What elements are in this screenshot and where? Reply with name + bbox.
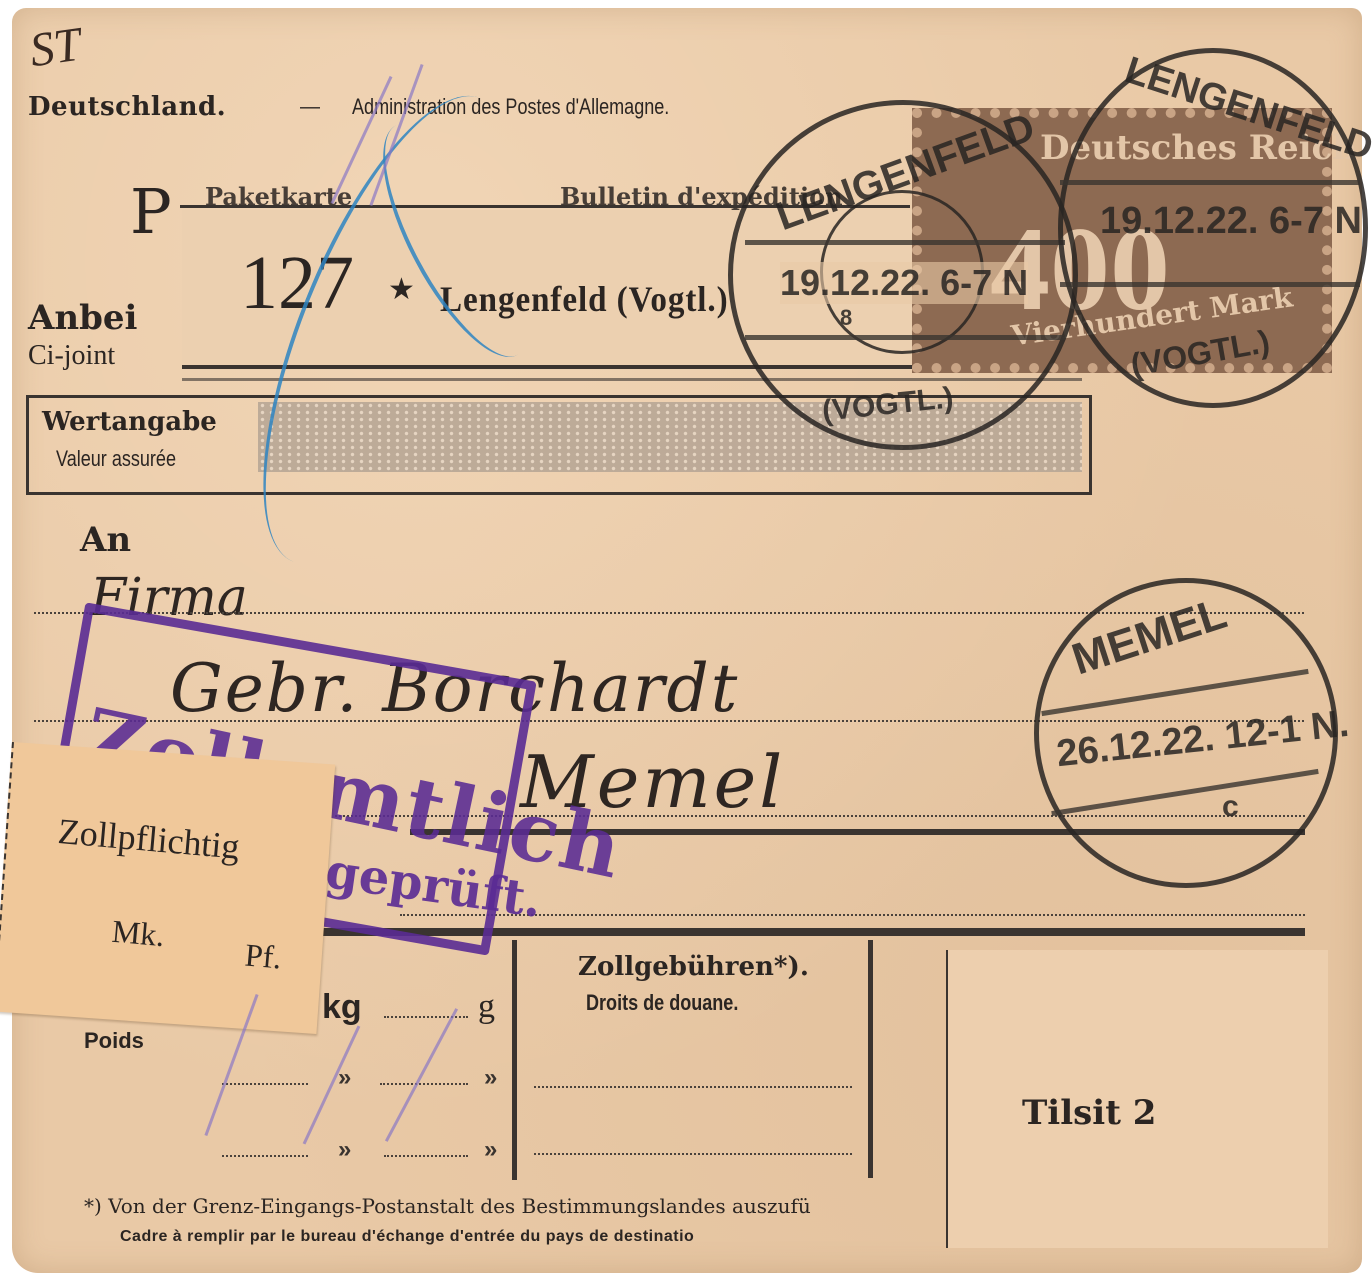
weight-g-line bbox=[384, 1016, 468, 1018]
dutiable-label-pfennig: Pf. bbox=[243, 936, 283, 976]
postmark-date: 19.12.22. 6-7 N bbox=[780, 262, 1028, 304]
exchange-office: Tilsit 2 bbox=[1022, 1093, 1156, 1133]
administration-title: Administration des Postes d'Allemagne. bbox=[352, 94, 669, 120]
header-dash: — bbox=[300, 96, 320, 119]
postmark-bar bbox=[1060, 180, 1360, 185]
dutiable-label-mark: Mk. bbox=[110, 913, 165, 954]
weight-label-fr: Poids bbox=[84, 1028, 144, 1054]
anbei-label: Anbei bbox=[28, 298, 137, 338]
ditto-mark: » bbox=[484, 1064, 497, 1092]
customs-fee-line-2 bbox=[534, 1153, 852, 1155]
weight-g-label: g bbox=[478, 988, 495, 1026]
ditto-mark: » bbox=[484, 1136, 497, 1164]
customs-fee-line-1 bbox=[534, 1086, 852, 1088]
column-divider bbox=[868, 940, 873, 1178]
weight-row-1-g bbox=[380, 1083, 468, 1085]
column-divider bbox=[512, 940, 517, 1180]
form-initial: P bbox=[130, 175, 172, 248]
postmark-date: 19.12.22. 6-7 N bbox=[1100, 200, 1362, 243]
handwritten-corner-mark: ST bbox=[26, 17, 84, 79]
value-label-fr: Valeur assurée bbox=[56, 446, 176, 472]
dutiable-label bbox=[0, 742, 335, 1034]
footnote-de: *) Von der Grenz-Eingangs-Postanstalt de… bbox=[84, 1194, 811, 1218]
weight-row-2-g bbox=[384, 1155, 468, 1157]
customs-fees-title-fr: Droits de douane. bbox=[586, 990, 738, 1016]
customs-fees-title-de: Zollgebühren*). bbox=[578, 952, 809, 982]
weight-row-1-kg bbox=[222, 1083, 308, 1085]
country-title: Deutschland. bbox=[28, 92, 226, 122]
recipient-label: An bbox=[80, 520, 131, 560]
footnote-fr: Cadre à remplir par le bureau d'échange … bbox=[120, 1228, 694, 1246]
postmark-bar bbox=[1060, 282, 1360, 287]
ditto-mark: » bbox=[338, 1136, 351, 1164]
postmark-letter: c bbox=[1222, 790, 1239, 824]
cijoint-label: Ci-joint bbox=[28, 340, 115, 372]
weight-row-2-kg bbox=[222, 1155, 308, 1157]
postmark-bar bbox=[745, 240, 1065, 245]
postmark-letter: 8 bbox=[840, 305, 852, 331]
weight-kg-label: kg bbox=[322, 988, 362, 1027]
postmark-bar bbox=[745, 335, 1065, 340]
value-label-de: Wertangabe bbox=[42, 407, 217, 437]
